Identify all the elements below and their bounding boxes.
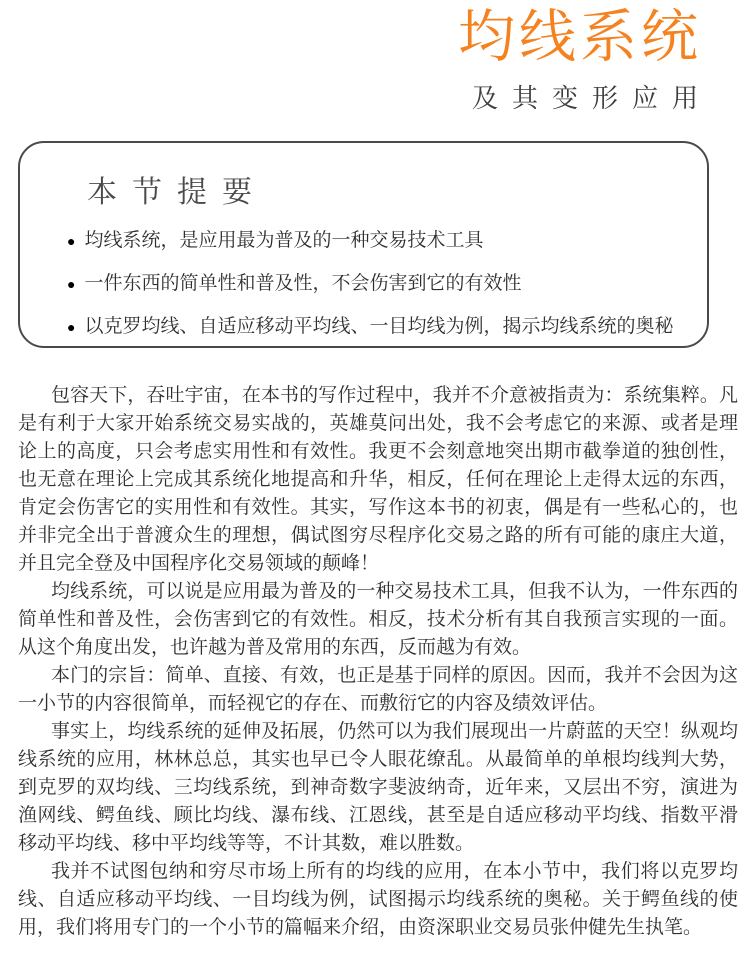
body-text: 包容天下，吞吐宇宙，在本书的写作过程中，我并不介意被指责为：系统集粹。凡是有利于… <box>18 382 738 942</box>
book-page: 均线系统 及其变形应用 本节提要 ● 均线系统，是应用最为普及的一种交易技术工具… <box>0 0 750 963</box>
body-paragraph: 事实上，均线系统的延伸及拓展，仍然可以为我们展现出一片蔚蓝的天空！纵观均线系统的… <box>18 718 738 858</box>
body-paragraph: 均线系统，可以说是应用最为普及的一种交易技术工具，但我不认为，一件东西的简单性和… <box>18 578 738 662</box>
page-header: 均线系统 及其变形应用 <box>0 0 750 115</box>
list-item: ● 一件东西的简单性和普及性，不会伤害到它的有效性 <box>67 271 681 297</box>
section-summary-box: 本节提要 ● 均线系统，是应用最为普及的一种交易技术工具 ● 一件东西的简单性和… <box>18 141 709 348</box>
bullet-text: 一件东西的简单性和普及性，不会伤害到它的有效性 <box>84 271 521 297</box>
summary-bullet-list: ● 均线系统，是应用最为普及的一种交易技术工具 ● 一件东西的简单性和普及性，不… <box>67 228 681 340</box>
body-paragraph: 我并不试图包纳和穷尽市场上所有的均线的应用，在本小节中，我们将以克罗均线、自适应… <box>18 858 738 942</box>
bullet-text: 均线系统，是应用最为普及的一种交易技术工具 <box>84 228 483 254</box>
bullet-icon: ● <box>67 314 75 340</box>
list-item: ● 均线系统，是应用最为普及的一种交易技术工具 <box>67 228 681 254</box>
bullet-icon: ● <box>67 228 75 254</box>
body-paragraph: 本门的宗旨：简单、直接、有效，也正是基于同样的原因。因而，我并不会因为这一小节的… <box>18 662 738 718</box>
list-item: ● 以克罗均线、自适应移动平均线、一目均线为例，揭示均线系统的奥秘 <box>67 314 681 340</box>
bullet-icon: ● <box>67 271 75 297</box>
summary-heading: 本节提要 <box>87 167 681 211</box>
page-subtitle: 及其变形应用 <box>0 78 712 115</box>
body-paragraph: 包容天下，吞吐宇宙，在本书的写作过程中，我并不介意被指责为：系统集粹。凡是有利于… <box>18 382 738 578</box>
bullet-text: 以克罗均线、自适应移动平均线、一目均线为例，揭示均线系统的奥秘 <box>84 314 673 340</box>
page-title: 均线系统 <box>0 8 702 68</box>
